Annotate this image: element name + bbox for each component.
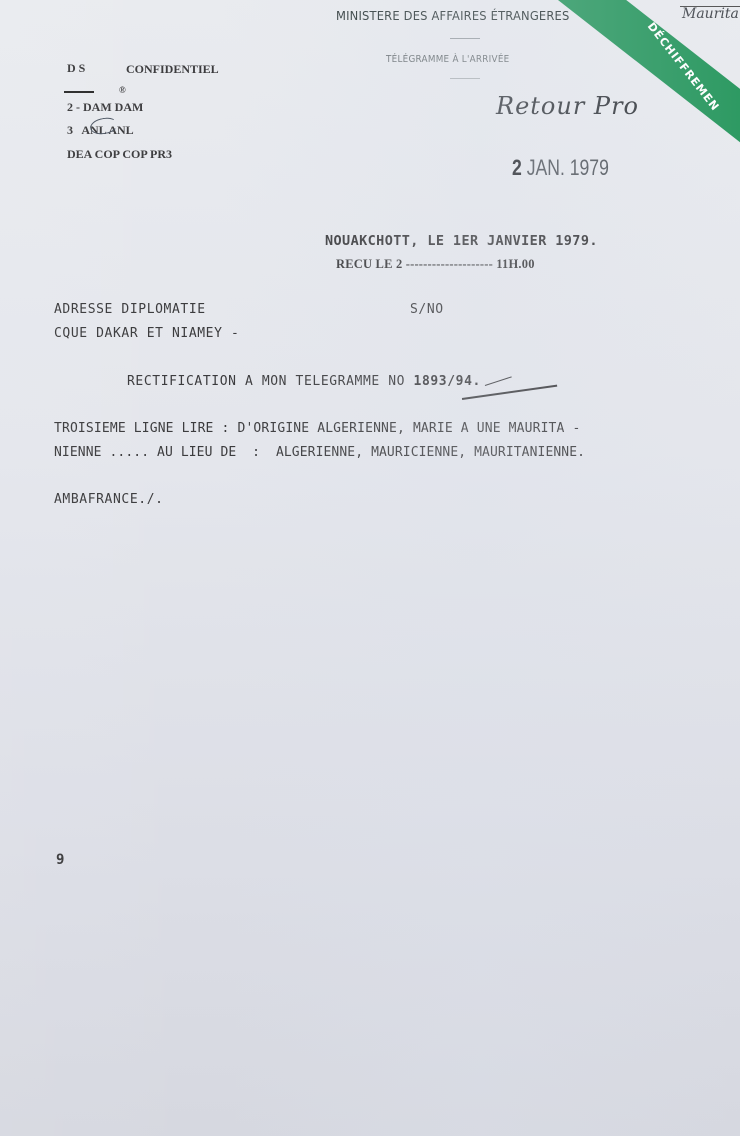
reference-number: S/NO — [410, 302, 444, 317]
place-and-date: NOUAKCHOTT, LE 1ER JANVIER 1979. — [325, 233, 598, 249]
handwritten-strike — [485, 376, 512, 386]
decipherment-ribbon — [549, 0, 740, 147]
distribution-mark: ® — [119, 85, 126, 95]
stamp-month-year: JAN. 1979 — [527, 155, 609, 180]
classification-label: CONFIDENTIEL — [126, 62, 219, 77]
telegram-number: 1893/94. — [414, 374, 481, 389]
document-type: TÉLÉGRAMME À L'ARRIVÉE — [386, 54, 509, 65]
header-divider — [450, 78, 480, 79]
subject-line: RECTIFICATION A MON TELEGRAMME NO 1893/9… — [127, 374, 481, 389]
header-divider — [450, 38, 480, 39]
handwritten-annotation: Retour Pro — [496, 92, 639, 120]
telegram-page: MINISTERE DES AFFAIRES ÉTRANGERES TÉLÉGR… — [0, 0, 740, 1136]
addressee-line: ADRESSE DIPLOMATIE — [54, 302, 206, 317]
ministry-header: MINISTERE DES AFFAIRES ÉTRANGERES — [336, 8, 569, 23]
page-marker: 9 — [56, 852, 64, 868]
signature: AMBAFRANCE./. — [54, 492, 164, 507]
ribbon-handwritten-note: Maurita — [682, 6, 739, 22]
received-line: RECU LE 2 -------------------- 11H.00 — [336, 257, 535, 272]
distribution-rule — [64, 91, 94, 93]
body-line: TROISIEME LIGNE LIRE : D'ORIGINE ALGERIE… — [54, 421, 580, 436]
subject-prefix: RECTIFICATION A MON TELEGRAMME NO — [127, 374, 414, 389]
classification-code: D S — [67, 61, 85, 76]
received-date-stamp: 2 JAN. 1979 — [512, 155, 609, 181]
addressee-line: CQUE DAKAR ET NIAMEY - — [54, 326, 239, 341]
distribution-line: 2 - DAM DAM — [67, 100, 143, 115]
body-line: NIENNE ..... AU LIEU DE : ALGERIENNE, MA… — [54, 445, 585, 460]
stamp-day: 2 — [512, 155, 522, 180]
distribution-line: DEA COP COP PR3 — [67, 147, 172, 162]
